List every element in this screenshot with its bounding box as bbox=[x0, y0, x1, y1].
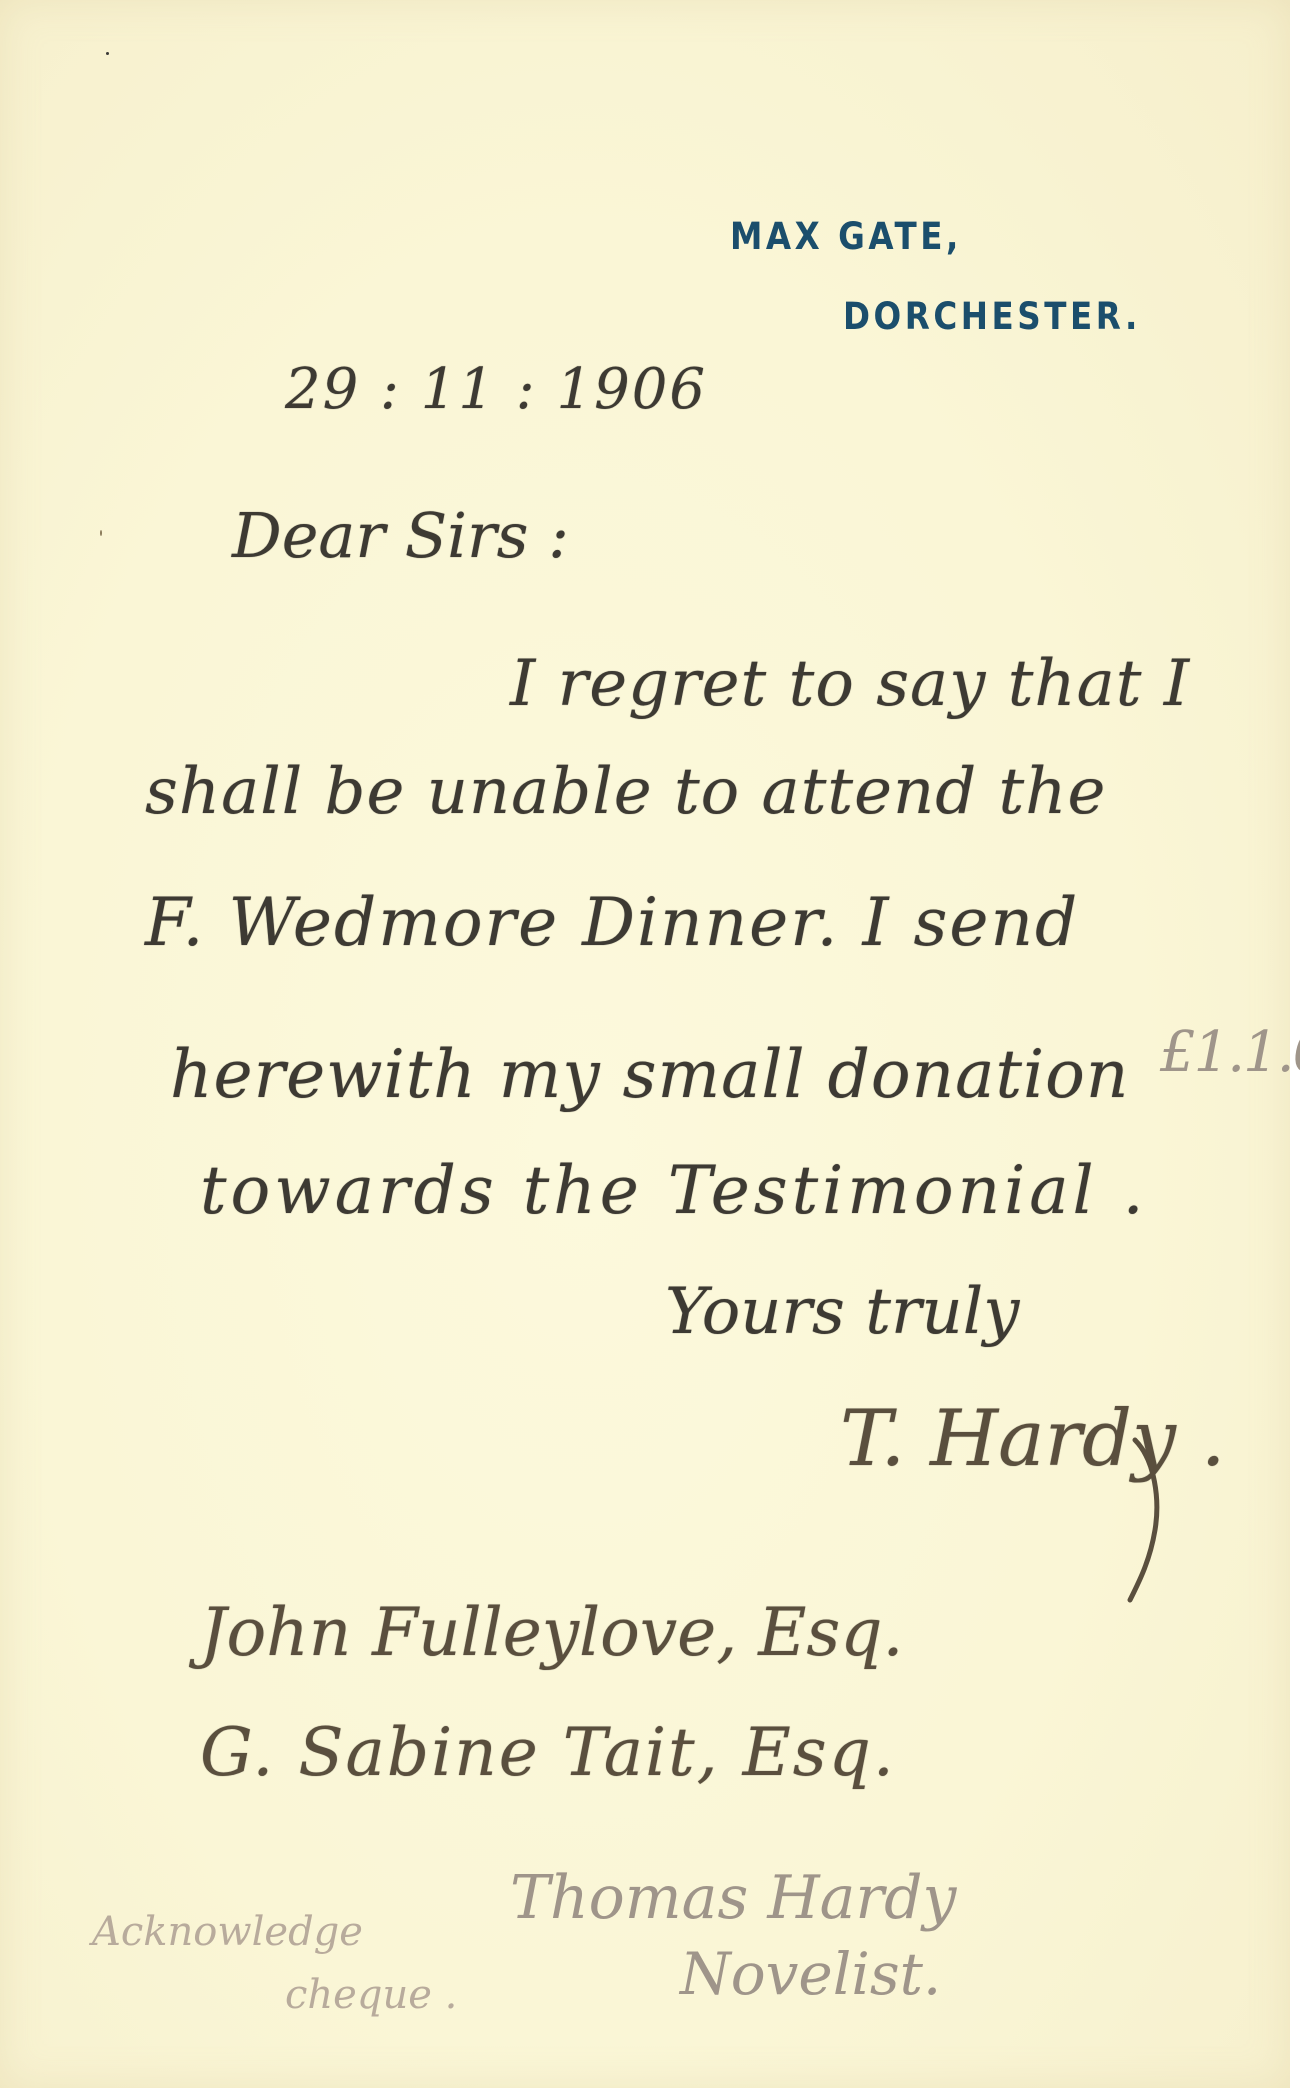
body-line-1: I regret to say that I bbox=[510, 652, 1190, 716]
closing: Yours truly bbox=[665, 1280, 1019, 1344]
pencil-note-line-2: cheque . bbox=[285, 1975, 457, 2015]
body-line-2: shall be unable to attend the bbox=[145, 760, 1106, 824]
letterhead-line-1: MAX GATE, bbox=[730, 218, 962, 255]
margin-amount-annotation: £1.1.0 bbox=[1160, 1025, 1300, 1081]
signature-flourish bbox=[1115, 1430, 1195, 1610]
paper-speck bbox=[106, 52, 109, 55]
pencil-attribution-line-1: Thomas Hardy bbox=[510, 1868, 956, 1928]
pencil-note-line-1: Acknowledge bbox=[92, 1912, 363, 1952]
body-line-5: towards the Testimonial . bbox=[200, 1158, 1148, 1224]
letterhead-line-2: DORCHESTER. bbox=[843, 298, 1141, 335]
body-line-4: herewith my small donation bbox=[170, 1042, 1129, 1108]
body-line-3: F. Wedmore Dinner. I send bbox=[145, 890, 1079, 956]
recipient-1: John Fulleylove, Esq. bbox=[200, 1600, 903, 1666]
letter-paper: MAX GATE, DORCHESTER. 29 : 11 : 1906 Dea… bbox=[0, 0, 1290, 2088]
paper-speck bbox=[100, 530, 102, 536]
letter-date: 29 : 11 : 1906 bbox=[285, 362, 707, 418]
salutation: Dear Sirs : bbox=[232, 505, 569, 567]
recipient-2: G. Sabine Tait, Esq. bbox=[200, 1720, 896, 1786]
pencil-attribution-line-2: Novelist. bbox=[680, 1945, 941, 2003]
